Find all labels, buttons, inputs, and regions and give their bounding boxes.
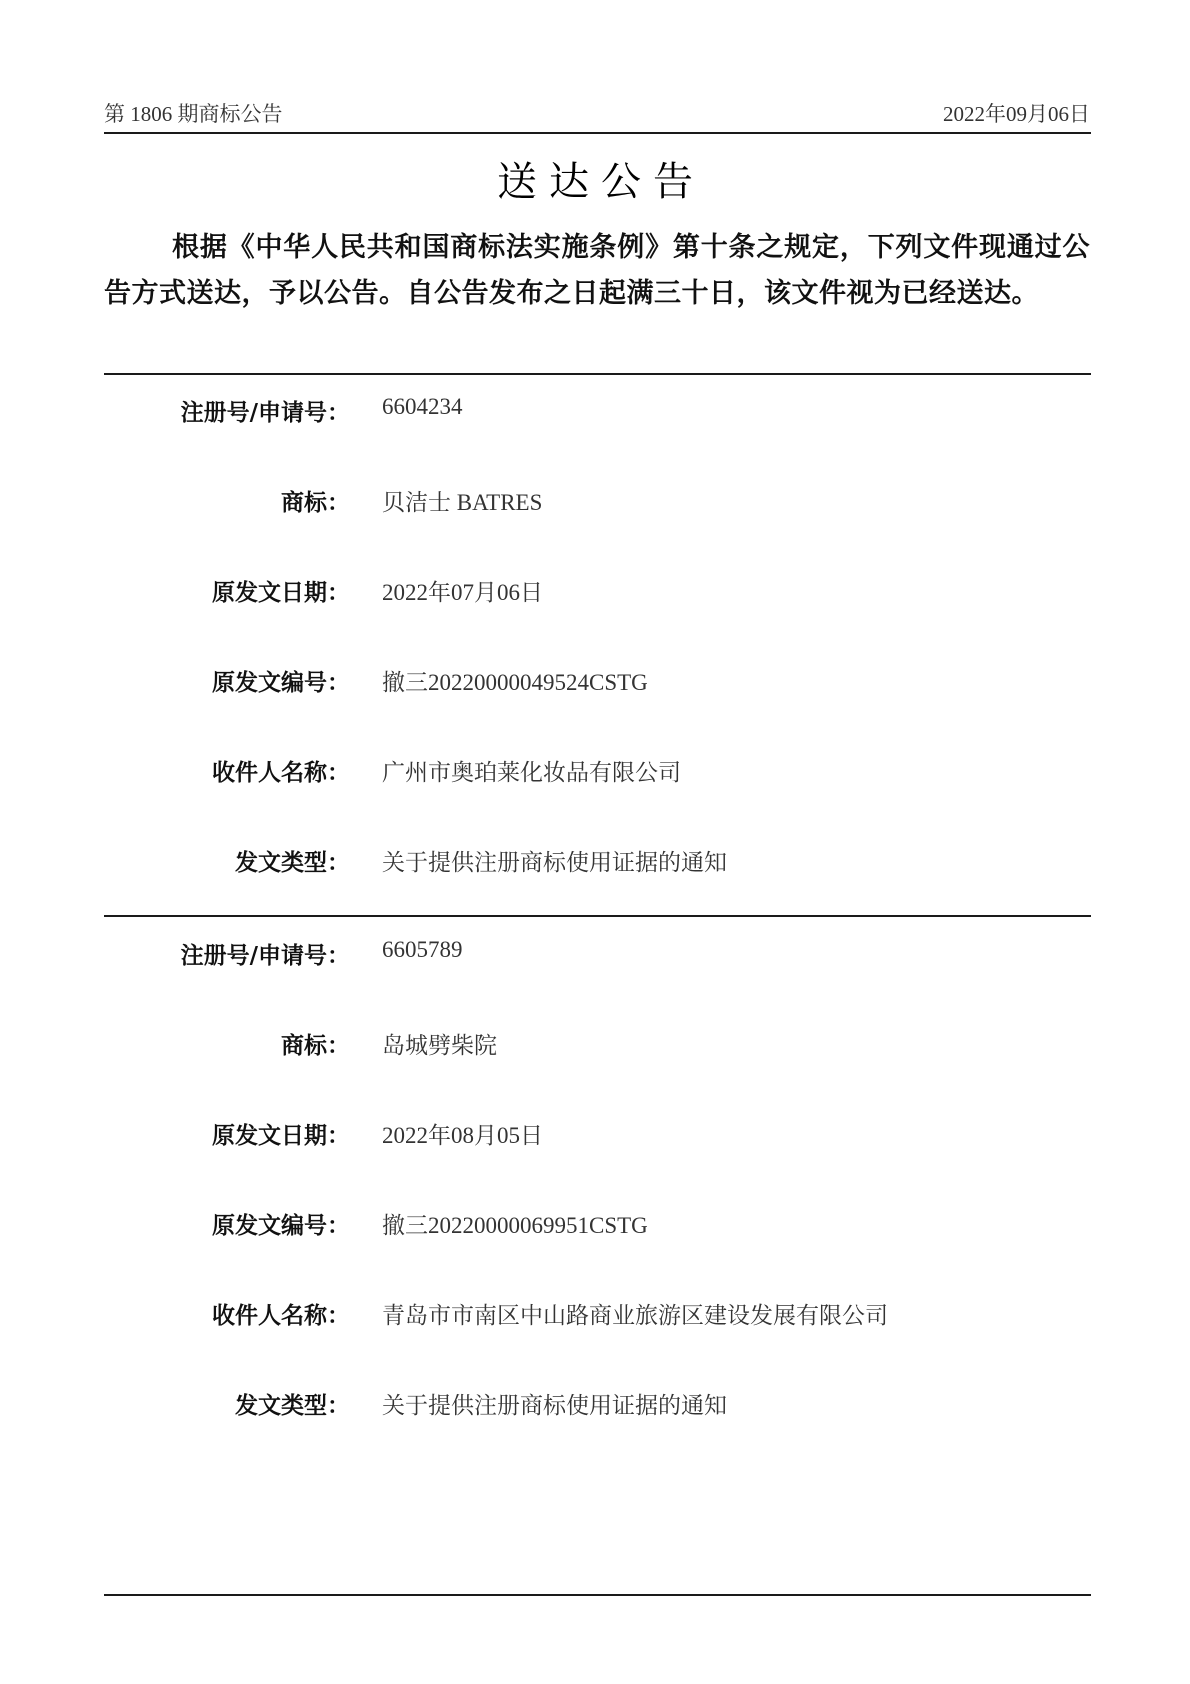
value-orig-date: 2022年08月05日	[382, 1113, 543, 1150]
value-orig-no: 撤三20220000069951CSTG	[382, 1203, 648, 1240]
field-trademark: 商标： 岛城劈柴院	[104, 1023, 1090, 1113]
field-orig-no: 原发文编号： 撤三20220000069951CSTG	[104, 1203, 1090, 1293]
field-reg-no: 注册号/申请号： 6605789	[104, 933, 1090, 1023]
intro-paragraph: 根据《中华人民共和国商标法实施条例》第十条之规定，下列文件现通过公告方式送达，予…	[104, 225, 1090, 317]
label-trademark: 商标：	[104, 480, 350, 517]
issue-number: 第 1806 期商标公告	[104, 98, 283, 128]
field-orig-date: 原发文日期： 2022年08月05日	[104, 1113, 1090, 1203]
value-orig-date: 2022年07月06日	[382, 570, 543, 607]
label-reg-no: 注册号/申请号：	[104, 390, 350, 427]
label-orig-date: 原发文日期：	[104, 1113, 350, 1150]
label-trademark: 商标：	[104, 1023, 350, 1060]
value-trademark: 贝洁士 BATRES	[382, 480, 542, 517]
field-doc-type: 发文类型： 关于提供注册商标使用证据的通知	[104, 840, 1090, 930]
label-doc-type: 发文类型：	[104, 1383, 350, 1420]
label-recipient: 收件人名称：	[104, 1293, 350, 1330]
value-reg-no: 6605789	[382, 933, 463, 963]
field-reg-no: 注册号/申请号： 6604234	[104, 390, 1090, 480]
field-recipient: 收件人名称： 广州市奥珀莱化妆品有限公司	[104, 750, 1090, 840]
label-doc-type: 发文类型：	[104, 840, 350, 877]
value-doc-type: 关于提供注册商标使用证据的通知	[382, 1383, 727, 1420]
label-reg-no: 注册号/申请号：	[104, 933, 350, 970]
record-divider	[104, 373, 1091, 375]
field-doc-type: 发文类型： 关于提供注册商标使用证据的通知	[104, 1383, 1090, 1473]
field-orig-no: 原发文编号： 撤三20220000049524CSTG	[104, 660, 1090, 750]
field-recipient: 收件人名称： 青岛市市南区中山路商业旅游区建设发展有限公司	[104, 1293, 1090, 1383]
field-trademark: 商标： 贝洁士 BATRES	[104, 480, 1090, 570]
record-2: 注册号/申请号： 6605789 商标： 岛城劈柴院 原发文日期： 2022年0…	[104, 933, 1090, 1473]
value-doc-type: 关于提供注册商标使用证据的通知	[382, 840, 727, 877]
header-divider	[104, 132, 1091, 134]
value-trademark: 岛城劈柴院	[382, 1023, 497, 1060]
label-orig-date: 原发文日期：	[104, 570, 350, 607]
label-orig-no: 原发文编号：	[104, 660, 350, 697]
value-orig-no: 撤三20220000049524CSTG	[382, 660, 648, 697]
value-recipient: 青岛市市南区中山路商业旅游区建设发展有限公司	[382, 1293, 888, 1330]
document-title: 送达公告	[0, 150, 1190, 207]
footer-divider	[104, 1594, 1091, 1596]
page-header: 第 1806 期商标公告 2022年09月06日	[104, 92, 1090, 128]
label-orig-no: 原发文编号：	[104, 1203, 350, 1240]
value-recipient: 广州市奥珀莱化妆品有限公司	[382, 750, 681, 787]
label-recipient: 收件人名称：	[104, 750, 350, 787]
record-divider	[104, 915, 1091, 917]
value-reg-no: 6604234	[382, 390, 463, 420]
record-1: 注册号/申请号： 6604234 商标： 贝洁士 BATRES 原发文日期： 2…	[104, 390, 1090, 930]
field-orig-date: 原发文日期： 2022年07月06日	[104, 570, 1090, 660]
issue-date: 2022年09月06日	[943, 98, 1090, 128]
